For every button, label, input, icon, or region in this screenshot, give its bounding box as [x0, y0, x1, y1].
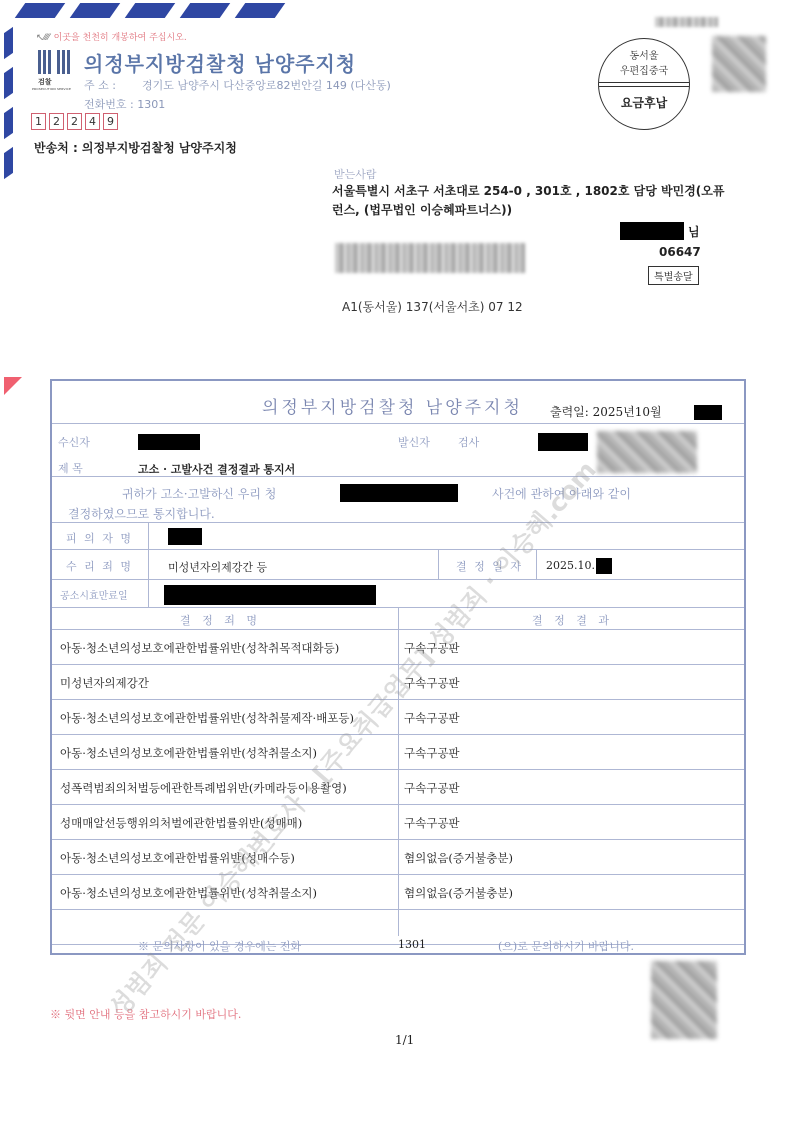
sender-phone: 전화번호 : 1301 [84, 96, 165, 112]
decision-result: 구속구공판 [404, 815, 460, 831]
charge-value: 미성년자의제강간 등 [168, 559, 267, 575]
decision-result: 구속구공판 [404, 710, 460, 726]
address-value: 경기도 남양주시 다산중앙로82번안길 149 (다산동) [142, 79, 391, 92]
sender-role: 검사 [458, 434, 479, 450]
recipient-address: 서울특별시 서초구 서초대로 254-0 , 301호 , 1802호 담당 박… [332, 182, 732, 220]
stripe [4, 107, 13, 139]
stripe [4, 27, 13, 59]
postal-digit: 4 [85, 113, 100, 130]
redacted-statute-date [164, 585, 376, 605]
return-address: 반송처 : 의정부지방검찰청 남양주지청 [34, 139, 237, 156]
redacted-name [620, 222, 684, 240]
phone-value: 1301 [137, 98, 165, 111]
crime-name: 성매매알선등행위의처벌에관한법률위반(성매매) [60, 815, 302, 831]
decision-result: 구속구공판 [404, 675, 460, 691]
form-title: 의정부지방검찰청 남양주지청 [262, 393, 523, 418]
divider [536, 550, 537, 580]
suspect-label: 피 의 자 명 [66, 530, 133, 546]
postal-digit: 9 [103, 113, 118, 130]
decision-result: 구속구공판 [404, 780, 460, 796]
stripe [125, 3, 176, 18]
crime-name: 아동·청소년의성보호에관한법률위반(성착취목적대화등) [60, 640, 339, 656]
stamp-line2: 우편집중국 [599, 62, 689, 77]
inquiry-text-2: (으)로 문의하시기 바랍니다. [498, 938, 634, 954]
redacted-day [596, 558, 612, 574]
blurred-signature [597, 431, 697, 473]
decision-result: 혐의없음(증거불충분) [404, 885, 513, 901]
recipient-postcode: 06647 [659, 245, 701, 259]
sender-label: 발신자 [398, 434, 430, 450]
header-crime: 결 정 죄 명 [180, 612, 261, 628]
stripe [15, 3, 66, 18]
postal-digit: 1 [31, 113, 46, 130]
recipient-suffix: 님 [688, 223, 700, 240]
open-hint: ↖⁄⁄⁄⁄이곳을 천천히 개봉하여 주십시오. [36, 30, 187, 43]
crime-name: 아동·청소년의성보호에관한법률위반(성착취물제작·배포등) [60, 710, 354, 726]
body-text-1: 귀하가 고소·고발하신 우리 청 [122, 485, 276, 502]
tear-arrow-icon: ↖⁄⁄⁄⁄ [36, 33, 50, 43]
blurred-qr-code [651, 961, 717, 1039]
stripe [180, 3, 231, 18]
statute-label: 공소시효만료일 [60, 587, 128, 602]
body-text-3: 결정하였으므로 통지합니다. [68, 505, 215, 522]
blurred-barcode [335, 243, 525, 273]
crime-name: 아동·청소년의성보호에관한법률위반(성매수등) [60, 850, 295, 866]
fold-mark-icon [4, 377, 22, 395]
redacted-receiver [138, 434, 200, 450]
sender-address: 주 소 :경기도 남양주시 다산중앙로82번안길 149 (다산동) [84, 77, 391, 93]
receiver-label: 수신자 [58, 434, 90, 450]
redacted-case-number [340, 484, 458, 502]
crime-name: 성폭력범죄의처벌등에관한특례법위반(카메라등이용촬영) [60, 780, 347, 796]
routing-code: A1(동서울) 137(서울서초) 07 12 [342, 298, 523, 315]
body-text-2: 사건에 관하여 아래와 같이 [492, 485, 631, 502]
stripe [4, 147, 13, 179]
decision-date-value: 2025.10. [546, 559, 595, 572]
subject-label: 제 목 [58, 460, 83, 476]
blurred-qr-code [712, 36, 766, 92]
divider [148, 523, 149, 608]
inquiry-text-1: ※ 문의사항이 있을 경우에는 전화 [138, 938, 301, 954]
phone-label: 전화번호 : [84, 98, 134, 111]
postal-digit: 2 [49, 113, 64, 130]
redacted-suspect [168, 528, 202, 545]
recipient-label: 받는사람 [334, 166, 377, 182]
prosecution-logo-icon [38, 50, 70, 74]
divider [438, 550, 439, 580]
decision-result: 구속구공판 [404, 640, 460, 656]
stripe [70, 3, 121, 18]
postal-code-boxes: 1 2 2 4 9 [31, 113, 118, 130]
inquiry-phone: 1301 [398, 938, 426, 951]
stamp-line1: 동서울 [599, 47, 689, 62]
decision-result: 구속구공판 [404, 745, 460, 761]
decision-date-label: 결 정 일 자 [456, 558, 523, 574]
stripe [235, 3, 286, 18]
footer-note: ※ 뒷면 안내 등을 참고하시기 바랍니다. [50, 1006, 241, 1022]
charge-row [52, 550, 744, 580]
suspect-row [52, 523, 744, 550]
crime-name: 미성년자의제강간 [60, 675, 149, 691]
crime-name: 아동·청소년의성보호에관한법률위반(성착취물소지) [60, 885, 317, 901]
open-hint-text: 이곳을 천천히 개봉하여 주십시오. [54, 33, 187, 43]
print-date: 출력일: 2025년10월 [550, 403, 662, 420]
header-result: 결 정 결 과 [532, 612, 613, 628]
postal-digit: 2 [67, 113, 82, 130]
postage-stamp: 동서울 우편집중국 요금후납 [598, 38, 690, 130]
redacted-date [694, 405, 722, 420]
crime-name: 아동·청소년의성보호에관한법률위반(성착취물소지) [60, 745, 317, 761]
address-label: 주 소 : [84, 77, 142, 93]
page-number: 1/1 [395, 1033, 414, 1047]
charge-label: 수 리 죄 명 [66, 558, 133, 574]
sender-org: 의정부지방검찰청 남양주지청 [84, 48, 356, 77]
stripe [4, 67, 13, 99]
stamp-divider [599, 82, 689, 87]
stamp-line3: 요금후납 [599, 94, 689, 111]
statute-row [52, 580, 744, 608]
logo-text: 검찰 [38, 77, 52, 87]
divider [398, 608, 399, 936]
notice-form: 의정부지방검찰청 남양주지청 출력일: 2025년10월 수신자 발신자 검사 … [50, 379, 746, 955]
special-delivery-badge: 특별송달 [648, 266, 699, 285]
decision-result: 혐의없음(증거불충분) [404, 850, 513, 866]
blurred-code [655, 17, 718, 27]
logo-subtext: PROSECUTION SERVICE [32, 87, 71, 91]
subject-value: 고소 · 고발사건 결정결과 통지서 [138, 461, 295, 477]
redacted-sender [538, 433, 588, 451]
